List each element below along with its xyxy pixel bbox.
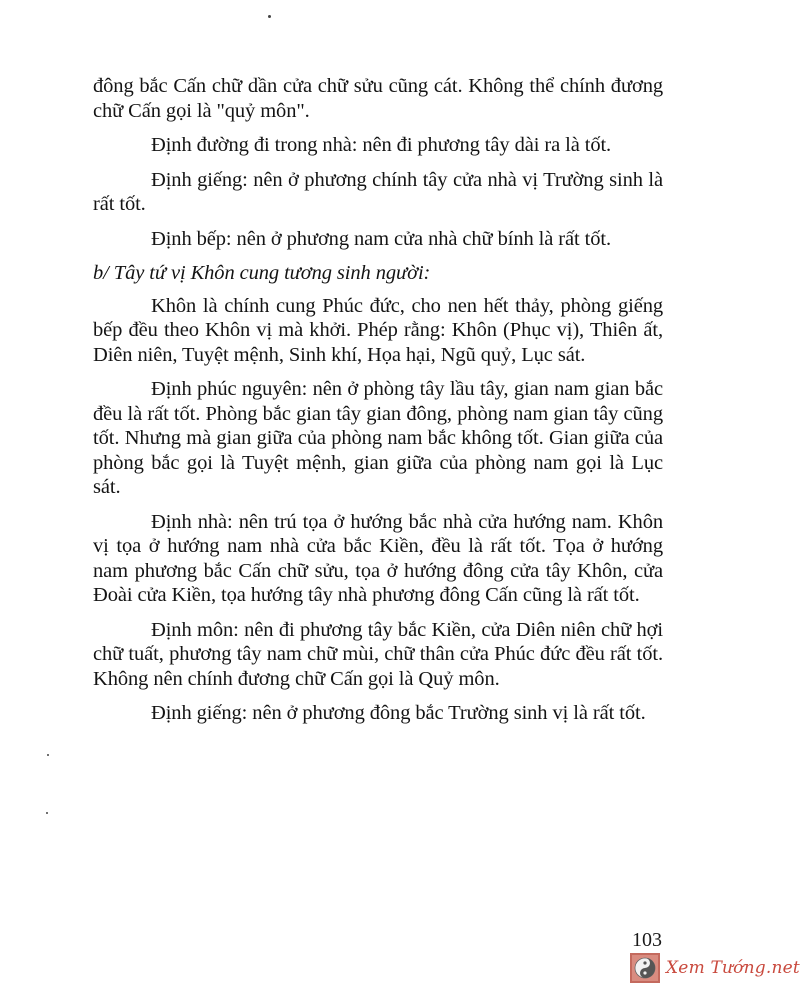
paragraph-dinh-phuc-nguyen: Định phúc nguyên: nên ở phòng tây lầu tâ… [93, 377, 663, 500]
paragraph-dinh-gieng: Định giếng: nên ở phương chính tây cửa n… [93, 168, 663, 217]
paragraph-continuation: đông bắc Cấn chữ dần cửa chữ sửu cũng cá… [93, 74, 663, 123]
scan-speck [47, 754, 49, 756]
paragraph-dinh-nha: Định nhà: nên trú tọa ở hướng bắc nhà cử… [93, 510, 663, 608]
watermark-text: Xem Tướng.net [666, 958, 800, 978]
page-number: 103 [632, 929, 662, 952]
paragraph-khon-intro: Khôn là chính cung Phúc đức, cho nen hết… [93, 294, 663, 368]
yin-yang-icon [630, 953, 660, 983]
page-body: đông bắc Cấn chữ dần cửa chữ sửu cũng cá… [93, 74, 663, 736]
paragraph-dinh-mon: Định môn: nên đi phương tây bắc Kiền, cử… [93, 618, 663, 692]
section-heading: b/ Tây tứ vị Khôn cung tương sinh người: [93, 261, 663, 286]
paragraph-dinh-bep: Định bếp: nên ở phương nam cửa nhà chữ b… [93, 227, 663, 252]
scan-speck [268, 15, 271, 18]
paragraph-dinh-duong-di: Định đường đi trong nhà: nên đi phương t… [93, 133, 663, 158]
scan-speck [46, 812, 48, 814]
paragraph-dinh-gieng-2: Định giếng: nên ở phương đông bắc Trường… [93, 701, 663, 726]
watermark: Xem Tướng.net [630, 953, 800, 983]
